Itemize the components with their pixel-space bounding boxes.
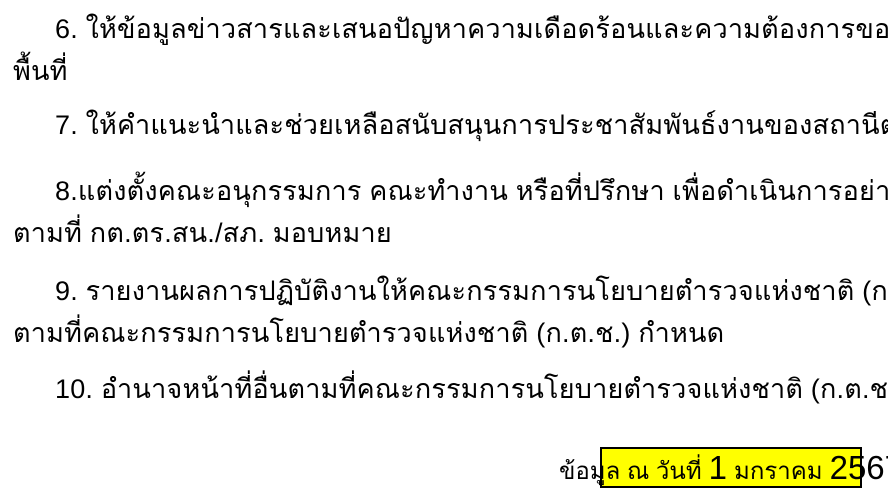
list-item-8-line-2: ตามที่ กต.ตร.สน./สภ. มอบหมาย xyxy=(13,212,870,254)
list-item-7: 7. ให้คำแนะนำและช่วยเหลือสนับสนุนการประช… xyxy=(13,104,870,146)
list-item-9-line-1: 9. รายงานผลการปฏิบัติงานให้คณะกรรมการนโย… xyxy=(13,270,870,312)
date-badge-year: 2567 xyxy=(830,449,888,486)
list-item-6-line-1: 6. ให้ข้อมูลข่าวสารและเสนอปัญหาความเดือด… xyxy=(13,8,870,50)
date-badge-month: มกราคม xyxy=(734,453,823,490)
list-item-9-line-2: ตามที่คณะกรรมการนโยบายตำรวจแห่งชาติ (ก.ต… xyxy=(13,312,870,354)
date-badge-prefix: ข้อมูล ณ วันที่ xyxy=(559,453,702,490)
list-item-10: 10. อำนาจหน้าที่อื่นตามที่คณะกรรมการนโยบ… xyxy=(13,368,870,410)
list-item-9: 9. รายงานผลการปฏิบัติงานให้คณะกรรมการนโย… xyxy=(13,270,870,354)
list-item-7-line-1: 7. ให้คำแนะนำและช่วยเหลือสนับสนุนการประช… xyxy=(13,104,870,146)
list-item-8-line-1: 8.แต่งตั้งคณะอนุกรรมการ คณะทำงาน หรือที่… xyxy=(13,170,870,212)
document-page: { "page": { "background_color": "#ffffff… xyxy=(0,0,888,502)
list-item-10-line-1: 10. อำนาจหน้าที่อื่นตามที่คณะกรรมการนโยบ… xyxy=(13,368,870,410)
data-date-badge: ข้อมูล ณ วันที่ 1 มกราคม 2567 xyxy=(600,447,862,488)
date-badge-day: 1 xyxy=(709,449,727,486)
list-item-6-line-2: พื้นที่ xyxy=(13,50,870,92)
list-item-6: 6. ให้ข้อมูลข่าวสารและเสนอปัญหาความเดือด… xyxy=(13,8,870,92)
document-body: 6. ให้ข้อมูลข่าวสารและเสนอปัญหาความเดือด… xyxy=(0,0,888,410)
list-item-8: 8.แต่งตั้งคณะอนุกรรมการ คณะทำงาน หรือที่… xyxy=(13,170,870,254)
